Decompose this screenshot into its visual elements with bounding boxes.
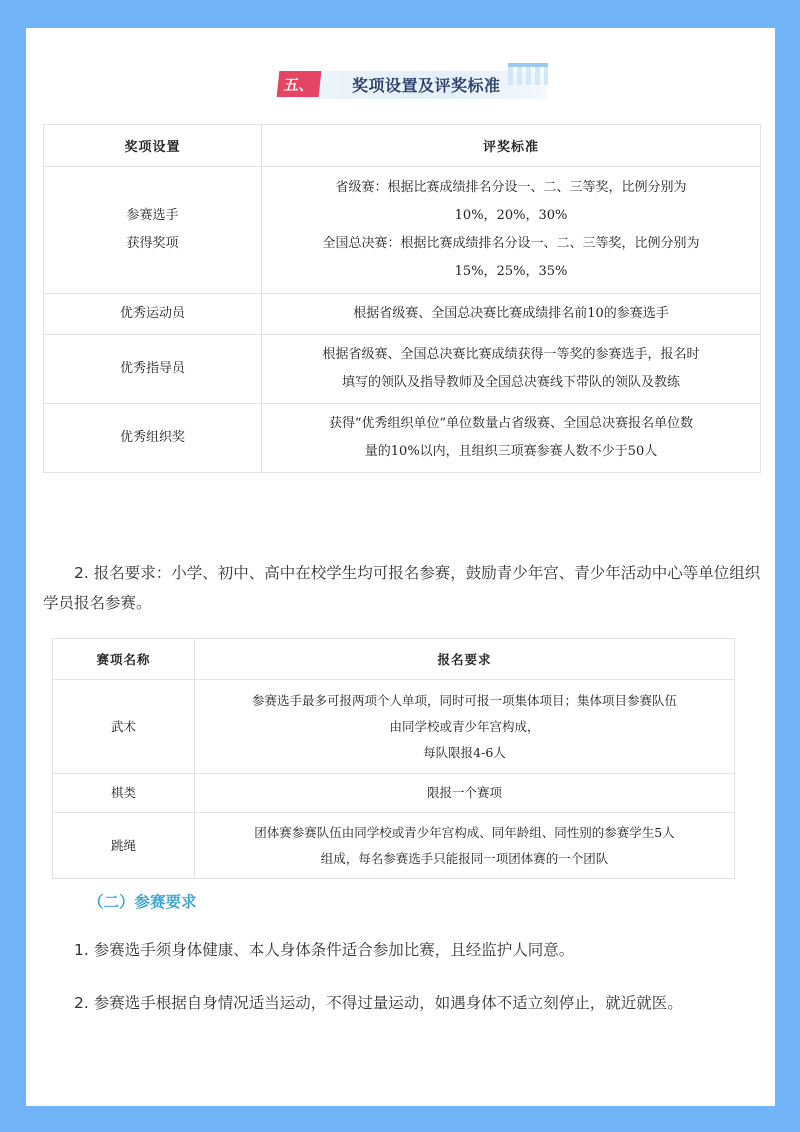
table-row: 优秀运动员 根据省级赛、全国总决赛比赛成绩排名前10的参赛选手 (44, 294, 761, 335)
award-cell: 优秀指导员 (44, 335, 262, 404)
criteria-line: 填写的领队及指导教师及全国总决赛线下带队的领队及教练 (270, 369, 752, 397)
header-award: 奖项设置 (44, 125, 262, 167)
header-requirements: 报名要求 (195, 639, 735, 680)
header-event: 赛项名称 (53, 639, 195, 680)
requirement-line: 组成，每名参赛选手只能报同一项团体赛的一个团队 (203, 846, 726, 872)
table-header-row: 奖项设置 评奖标准 (44, 125, 761, 167)
award-cell: 参赛选手 获得奖项 (44, 167, 262, 294)
criteria-line: 全国总决赛：根据比赛成绩排名分设一、二、三等奖，比例分别为 (270, 230, 752, 258)
header-criteria: 评奖标准 (262, 125, 761, 167)
event-cell: 棋类 (53, 774, 195, 813)
participation-item-1: 1. 参赛选手须身体健康、本人身体条件适合参加比赛，且经监护人同意。 (43, 935, 763, 965)
requirement-line: 团体赛参赛队伍由同学校或青少年宫构成、同年龄组、同性别的参赛学生5人 (203, 820, 726, 846)
table-row: 棋类 限报一个赛项 (53, 774, 735, 813)
requirements-cell: 参赛选手最多可报两项个人单项，同时可报一项集体项目；集体项目参赛队伍 由同学校或… (195, 680, 735, 774)
criteria-line: 根据省级赛、全国总决赛比赛成绩获得一等奖的参赛选手，报名时 (270, 341, 752, 369)
criteria-line: 获得“优秀组织单位”单位数量占省级赛、全国总决赛报名单位数 (270, 410, 752, 438)
table-row: 优秀指导员 根据省级赛、全国总决赛比赛成绩获得一等奖的参赛选手，报名时 填写的领… (44, 335, 761, 404)
table-row: 优秀组织奖 获得“优秀组织单位”单位数量占省级赛、全国总决赛报名单位数 量的10… (44, 404, 761, 473)
table-row: 参赛选手 获得奖项 省级赛：根据比赛成绩排名分设一、二、三等奖，比例分别为 10… (44, 167, 761, 294)
banner-decoration-icon (508, 63, 548, 85)
criteria-line: 省级赛：根据比赛成绩排名分设一、二、三等奖，比例分别为 (270, 174, 752, 202)
criteria-cell: 省级赛：根据比赛成绩排名分设一、二、三等奖，比例分别为 10%，20%，30% … (262, 167, 761, 294)
section-banner: 五、 奖项设置及评奖标准 (278, 63, 548, 101)
criteria-line: 10%，20%，30% (270, 202, 752, 230)
event-cell: 武术 (53, 680, 195, 774)
requirements-cell: 团体赛参赛队伍由同学校或青少年宫构成、同年龄组、同性别的参赛学生5人 组成，每名… (195, 813, 735, 879)
events-table: 赛项名称 报名要求 武术 参赛选手最多可报两项个人单项，同时可报一项集体项目；集… (52, 638, 735, 879)
table-header-row: 赛项名称 报名要求 (53, 639, 735, 680)
event-cell: 跳绳 (53, 813, 195, 879)
table-row: 武术 参赛选手最多可报两项个人单项，同时可报一项集体项目；集体项目参赛队伍 由同… (53, 680, 735, 774)
section-number-badge: 五、 (277, 71, 322, 97)
criteria-cell: 根据省级赛、全国总决赛比赛成绩获得一等奖的参赛选手，报名时 填写的领队及指导教师… (262, 335, 761, 404)
criteria-line: 15%，25%，35% (270, 258, 752, 286)
requirement-line: 参赛选手最多可报两项个人单项，同时可报一项集体项目；集体项目参赛队伍 (203, 688, 726, 714)
registration-paragraph: 2. 报名要求：小学、初中、高中在校学生均可报名参赛，鼓励青少年宫、青少年活动中… (43, 558, 763, 618)
participation-heading: （二）参赛要求 (88, 890, 197, 912)
award-line: 参赛选手 (52, 202, 253, 230)
table-row: 跳绳 团体赛参赛队伍由同学校或青少年宫构成、同年龄组、同性别的参赛学生5人 组成… (53, 813, 735, 879)
requirements-cell: 限报一个赛项 (195, 774, 735, 813)
criteria-cell: 获得“优秀组织单位”单位数量占省级赛、全国总决赛报名单位数 量的10%以内，且组… (262, 404, 761, 473)
criteria-cell: 根据省级赛、全国总决赛比赛成绩排名前10的参赛选手 (262, 294, 761, 335)
participation-item-2: 2. 参赛选手根据自身情况适当运动，不得过量运动，如遇身体不适立刻停止，就近就医… (43, 988, 763, 1018)
criteria-line: 量的10%以内，且组织三项赛参赛人数不少于50人 (270, 438, 752, 466)
awards-table: 奖项设置 评奖标准 参赛选手 获得奖项 省级赛：根据比赛成绩排名分设一、二、三等… (43, 124, 761, 473)
requirement-line: 由同学校或青少年宫构成， (203, 714, 726, 740)
section-title: 奖项设置及评奖标准 (352, 73, 501, 96)
award-line: 获得奖项 (52, 230, 253, 258)
award-cell: 优秀组织奖 (44, 404, 262, 473)
document-page: 五、 奖项设置及评奖标准 奖项设置 评奖标准 参赛选手 获得奖项 省级赛：根据比… (26, 28, 775, 1106)
requirement-line: 每队限报4-6人 (203, 740, 726, 766)
award-cell: 优秀运动员 (44, 294, 262, 335)
